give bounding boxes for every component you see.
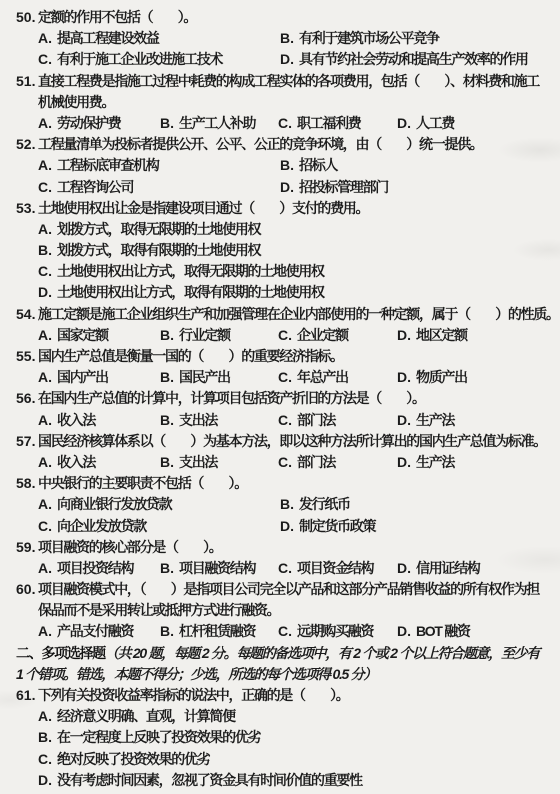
- option-text: 项目资金结构: [297, 560, 373, 576]
- question-58: 58.中央银行的主要职责不包括（ ）。A.向商业银行发放贷款B.发行纸币C.向企…: [16, 473, 558, 537]
- option-label: A.: [38, 327, 52, 343]
- section-header: 二、多项选择题（共 20 题，每题 2 分。每题的备选项中，有 2 个或 2 个…: [16, 643, 558, 685]
- option-text: 国民产出: [179, 369, 230, 385]
- option-label: D.: [397, 560, 411, 576]
- option-label: A.: [38, 157, 52, 173]
- option-label: C.: [38, 179, 52, 195]
- option-label: D.: [397, 454, 411, 470]
- question-56: 56.在国内生产总值的计算中，计算项目包括资产折旧的方法是（ ）。A.收入法B.…: [16, 388, 558, 430]
- question-number: 50.: [16, 7, 38, 28]
- question-stem-line: 58.中央银行的主要职责不包括（ ）。: [16, 473, 558, 494]
- option-label: C.: [38, 263, 52, 279]
- option-label: B.: [160, 623, 174, 639]
- question-stem-text: 土地使用权出让金是指建设项目通过（ ）支付的费用。: [38, 200, 368, 216]
- section-header-line: 1 个错项。错选，本题不得分；少选，所选的每个选项得 0.5 分）: [16, 664, 558, 685]
- option-text: 生产法: [416, 454, 454, 470]
- option-text: 劳动保护费: [57, 115, 121, 131]
- option-text: 收入法: [57, 412, 95, 428]
- question-stem-text: 国民经济核算体系以（ ）为基本方法，即以这种方法所计算出的国内生产总值为标准。: [38, 433, 546, 449]
- option-label: A.: [38, 412, 52, 428]
- options-row: D.没有考虑时间因素，忽视了资金具有时间价值的重要性: [16, 770, 558, 791]
- option-B: B.有利于建筑市场公平竞争: [280, 28, 439, 49]
- option-text: 土地使用权出让方式，取得有限期的土地使用权: [57, 284, 324, 300]
- option-text: 地区定额: [416, 327, 467, 343]
- option-B: B.行业定额: [160, 325, 278, 346]
- options-row: C.绝对反映了投资效果的优劣: [16, 749, 558, 770]
- option-text: 项目投资结构: [57, 560, 133, 576]
- question-number: 54.: [16, 304, 38, 325]
- option-B: B.支出法: [160, 452, 278, 473]
- option-C: C.向企业发放贷款: [38, 516, 280, 537]
- option-A: A.收入法: [38, 410, 160, 431]
- question-stem-line: 50.定额的作用不包括（ ）。: [16, 7, 558, 28]
- option-A: A.国家定额: [38, 325, 160, 346]
- question-stem-line: 51.直接工程费是指施工过程中耗费的构成工程实体的各项费用，包括（ ）、材料费和…: [16, 71, 558, 92]
- question-55: 55.国内生产总值是衡量一国的（ ）的重要经济指标。A.国内产出B.国民产出C.…: [16, 346, 558, 388]
- option-text: 土地使用权出让方式，取得无限期的土地使用权: [57, 263, 324, 279]
- question-stem-line: 60.项目融资模式中，（ ）是指项目公司完全以产品和这部分产品销售收益的所有权作…: [16, 579, 558, 600]
- option-B: B.支出法: [160, 410, 278, 431]
- question-stem-line: 52.工程量清单为投标者提供公开、公平、公正的竞争环境，由（ ）统一提供。: [16, 134, 558, 155]
- question-stem-line: 61.下列有关投资收益率指标的说法中，正确的是（ ）。: [16, 685, 558, 706]
- option-label: C.: [278, 115, 292, 131]
- option-text: 信用证结构: [416, 560, 480, 576]
- options-row: A.项目投资结构B.项目融资结构C.项目资金结构D.信用证结构: [16, 558, 558, 579]
- option-label: A.: [38, 708, 52, 724]
- option-text: 工程标底审查机构: [57, 157, 159, 173]
- option-C: C.部门法: [278, 452, 397, 473]
- option-text: BOT 融资: [416, 623, 470, 639]
- option-text: 有利于施工企业改进施工技术: [57, 51, 222, 67]
- option-text: 提高工程建设效益: [57, 30, 159, 46]
- question-stem-line: 保品而不是采用转让或抵押方式进行融资。: [16, 600, 558, 621]
- option-label: D.: [280, 518, 294, 534]
- exam-page: 50.定额的作用不包括（ ）。A.提高工程建设效益B.有利于建筑市场公平竞争C.…: [0, 0, 560, 791]
- option-C: C.部门法: [278, 410, 397, 431]
- question-60: 60.项目融资模式中，（ ）是指项目公司完全以产品和这部分产品销售收益的所有权作…: [16, 579, 558, 643]
- option-text: 有利于建筑市场公平竞争: [299, 30, 439, 46]
- option-text: 行业定额: [179, 327, 230, 343]
- option-C: C.绝对反映了投资效果的优劣: [38, 749, 209, 770]
- question-number: 60.: [16, 579, 38, 600]
- option-B: B.生产工人补助: [160, 113, 278, 134]
- option-label: A.: [38, 221, 52, 237]
- question-61: 61.下列有关投资收益率指标的说法中，正确的是（ ）。A.经济意义明确、直观，计…: [16, 685, 558, 791]
- option-B: B.国民产出: [160, 367, 278, 388]
- question-number: 59.: [16, 537, 38, 558]
- option-text: 产品支付融资: [57, 623, 133, 639]
- option-label: A.: [38, 115, 52, 131]
- option-label: A.: [38, 623, 52, 639]
- section-description: 1 个错项。错选，本题不得分；少选，所选的每个选项得 0.5 分）: [16, 666, 376, 682]
- option-text: 企业定额: [297, 327, 348, 343]
- options-row: D.土地使用权出让方式，取得有限期的土地使用权: [16, 282, 558, 303]
- option-label: B.: [160, 412, 174, 428]
- option-A: A.收入法: [38, 452, 160, 473]
- option-D: D.物质产出: [397, 367, 467, 388]
- option-D: D.具有节约社会劳动和提高生产效率的作用: [280, 49, 528, 70]
- option-label: C.: [38, 51, 52, 67]
- option-label: B.: [280, 30, 294, 46]
- question-stem-line: 54.施工定额是施工企业组织生产和加强管理在企业内部使用的一种定额，属于（ ）的…: [16, 304, 558, 325]
- option-B: B.发行纸币: [280, 494, 350, 515]
- option-label: A.: [38, 496, 52, 512]
- question-number: 61.: [16, 685, 38, 706]
- question-50: 50.定额的作用不包括（ ）。A.提高工程建设效益B.有利于建筑市场公平竞争C.…: [16, 7, 558, 71]
- option-label: D.: [397, 623, 411, 639]
- question-number: 55.: [16, 346, 38, 367]
- option-label: D.: [397, 115, 411, 131]
- option-D: D.信用证结构: [397, 558, 480, 579]
- option-label: D.: [397, 327, 411, 343]
- option-label: B.: [160, 454, 174, 470]
- option-label: C.: [38, 518, 52, 534]
- options-row: A.工程标底审查机构B.招标人: [16, 155, 558, 176]
- option-D: D.土地使用权出让方式，取得有限期的土地使用权: [38, 282, 324, 303]
- options-row: A.向商业银行发放贷款B.发行纸币: [16, 494, 558, 515]
- question-51: 51.直接工程费是指施工过程中耗费的构成工程实体的各项费用，包括（ ）、材料费和…: [16, 71, 558, 135]
- question-53: 53.土地使用权出让金是指建设项目通过（ ）支付的费用。A.划拨方式，取得无限期…: [16, 198, 558, 304]
- option-text: 国家定额: [57, 327, 108, 343]
- option-text: 生产法: [416, 412, 454, 428]
- question-stem-text: 保品而不是采用转让或抵押方式进行融资。: [38, 602, 279, 618]
- option-D: D.人工费: [397, 113, 454, 134]
- option-label: C.: [278, 623, 292, 639]
- options-row: C.土地使用权出让方式，取得无限期的土地使用权: [16, 261, 558, 282]
- question-stem-text: 定额的作用不包括（ ）。: [38, 9, 196, 25]
- question-number: 51.: [16, 71, 38, 92]
- option-text: 收入法: [57, 454, 95, 470]
- option-C: C.土地使用权出让方式，取得无限期的土地使用权: [38, 261, 324, 282]
- question-stem-line: 机械使用费。: [16, 92, 558, 113]
- option-C: C.职工福利费: [278, 113, 397, 134]
- option-A: A.提高工程建设效益: [38, 28, 280, 49]
- option-label: C.: [38, 751, 52, 767]
- option-label: B.: [280, 157, 294, 173]
- option-text: 向商业银行发放贷款: [57, 496, 171, 512]
- options-row: A.产品支付融资B.杠杆租赁融资C.远期购买融资D.BOT 融资: [16, 621, 558, 642]
- option-label: D.: [397, 369, 411, 385]
- option-C: C.企业定额: [278, 325, 397, 346]
- option-label: B.: [38, 242, 52, 258]
- option-B: B.划拨方式，取得有限期的土地使用权: [38, 240, 260, 261]
- option-B: B.在一定程度上反映了投资效果的优劣: [38, 727, 260, 748]
- option-label: C.: [278, 560, 292, 576]
- section-title: 二、多项选择题: [16, 645, 105, 661]
- options-row: A.劳动保护费B.生产工人补助C.职工福利费D.人工费: [16, 113, 558, 134]
- option-text: 经济意义明确、直观，计算简便: [57, 708, 235, 724]
- option-B: B.项目融资结构: [160, 558, 278, 579]
- option-label: A.: [38, 560, 52, 576]
- option-text: 项目融资结构: [179, 560, 255, 576]
- question-stem-text: 机械使用费。: [38, 94, 114, 110]
- option-text: 在一定程度上反映了投资效果的优劣: [57, 729, 260, 745]
- section-header-line: 二、多项选择题（共 20 题，每题 2 分。每题的备选项中，有 2 个或 2 个…: [16, 643, 558, 664]
- option-D: D.地区定额: [397, 325, 467, 346]
- option-B: B.杠杆租赁融资: [160, 621, 278, 642]
- options-row: A.经济意义明确、直观，计算简便: [16, 706, 558, 727]
- option-text: 人工费: [416, 115, 454, 131]
- option-text: 生产工人补助: [179, 115, 255, 131]
- option-label: B.: [160, 369, 174, 385]
- question-stem-text: 下列有关投资收益率指标的说法中，正确的是（ ）。: [38, 687, 349, 703]
- question-number: 57.: [16, 431, 38, 452]
- option-B: B.招标人: [280, 155, 337, 176]
- question-number: 58.: [16, 473, 38, 494]
- options-row: A.收入法B.支出法C.部门法D.生产法: [16, 410, 558, 431]
- option-text: 招标人: [299, 157, 337, 173]
- option-label: B.: [160, 327, 174, 343]
- question-stem-line: 56.在国内生产总值的计算中，计算项目包括资产折旧的方法是（ ）。: [16, 388, 558, 409]
- options-row: C.有利于施工企业改进施工技术D.具有节约社会劳动和提高生产效率的作用: [16, 49, 558, 70]
- question-59: 59.项目融资的核心部分是（ ）。A.项目投资结构B.项目融资结构C.项目资金结…: [16, 537, 558, 579]
- option-text: 部门法: [297, 454, 335, 470]
- option-label: D.: [280, 51, 294, 67]
- question-stem-line: 53.土地使用权出让金是指建设项目通过（ ）支付的费用。: [16, 198, 558, 219]
- question-52: 52.工程量清单为投标者提供公开、公平、公正的竞争环境，由（ ）统一提供。A.工…: [16, 134, 558, 198]
- option-text: 制定货币政策: [299, 518, 375, 534]
- option-D: D.生产法: [397, 452, 454, 473]
- question-54: 54.施工定额是施工企业组织生产和加强管理在企业内部使用的一种定额，属于（ ）的…: [16, 304, 558, 346]
- option-text: 绝对反映了投资效果的优劣: [57, 751, 209, 767]
- section-description: （共 20 题，每题 2 分。每题的备选项中，有 2 个或 2 个以上符合题意，…: [105, 645, 539, 661]
- option-C: C.工程咨询公司: [38, 177, 280, 198]
- question-stem-text: 在国内生产总值的计算中，计算项目包括资产折旧的方法是（ ）。: [38, 390, 425, 406]
- question-stem-text: 中央银行的主要职责不包括（ ）。: [38, 475, 247, 491]
- options-row: C.向企业发放贷款D.制定货币政策: [16, 516, 558, 537]
- option-text: 远期购买融资: [297, 623, 373, 639]
- option-label: A.: [38, 369, 52, 385]
- question-57: 57.国民经济核算体系以（ ）为基本方法，即以这种方法所计算出的国内生产总值为标…: [16, 431, 558, 473]
- options-row: A.收入法B.支出法C.部门法D.生产法: [16, 452, 558, 473]
- option-text: 划拨方式，取得有限期的土地使用权: [57, 242, 260, 258]
- option-label: A.: [38, 454, 52, 470]
- question-stem-line: 57.国民经济核算体系以（ ）为基本方法，即以这种方法所计算出的国内生产总值为标…: [16, 431, 558, 452]
- option-C: C.有利于施工企业改进施工技术: [38, 49, 280, 70]
- option-D: D.招投标管理部门: [280, 177, 388, 198]
- question-stem-text: 直接工程费是指施工过程中耗费的构成工程实体的各项费用，包括（ ）、材料费和施工: [38, 73, 539, 89]
- options-row: A.提高工程建设效益B.有利于建筑市场公平竞争: [16, 28, 558, 49]
- question-stem-line: 59.项目融资的核心部分是（ ）。: [16, 537, 558, 558]
- options-row: A.划拨方式，取得无限期的土地使用权: [16, 219, 558, 240]
- option-D: D.没有考虑时间因素，忽视了资金具有时间价值的重要性: [38, 770, 362, 791]
- option-A: A.经济意义明确、直观，计算简便: [38, 706, 235, 727]
- option-label: D.: [38, 772, 52, 788]
- option-text: 国内产出: [57, 369, 108, 385]
- option-A: A.划拨方式，取得无限期的土地使用权: [38, 219, 260, 240]
- option-C: C.年总产出: [278, 367, 397, 388]
- option-label: B.: [160, 560, 174, 576]
- question-stem-text: 项目融资模式中，（ ）是指项目公司完全以产品和这部分产品销售收益的所有权作为担: [38, 581, 539, 597]
- option-label: B.: [160, 115, 174, 131]
- option-label: C.: [278, 454, 292, 470]
- option-D: D.BOT 融资: [397, 621, 470, 642]
- question-stem-line: 55.国内生产总值是衡量一国的（ ）的重要经济指标。: [16, 346, 558, 367]
- option-A: A.工程标底审查机构: [38, 155, 280, 176]
- option-text: 发行纸币: [299, 496, 350, 512]
- option-text: 具有节约社会劳动和提高生产效率的作用: [299, 51, 528, 67]
- option-label: D.: [38, 284, 52, 300]
- options-row: A.国家定额B.行业定额C.企业定额D.地区定额: [16, 325, 558, 346]
- options-row: B.在一定程度上反映了投资效果的优劣: [16, 727, 558, 748]
- options-row: C.工程咨询公司D.招投标管理部门: [16, 177, 558, 198]
- option-C: C.远期购买融资: [278, 621, 397, 642]
- question-number: 56.: [16, 388, 38, 409]
- option-A: A.劳动保护费: [38, 113, 160, 134]
- question-stem-text: 国内生产总值是衡量一国的（ ）的重要经济指标。: [38, 348, 343, 364]
- option-A: A.国内产出: [38, 367, 160, 388]
- option-text: 职工福利费: [297, 115, 361, 131]
- option-label: D.: [280, 179, 294, 195]
- question-number: 52.: [16, 134, 38, 155]
- option-text: 招投标管理部门: [299, 179, 388, 195]
- option-A: A.项目投资结构: [38, 558, 160, 579]
- option-text: 支出法: [179, 412, 217, 428]
- option-label: A.: [38, 30, 52, 46]
- option-label: C.: [278, 412, 292, 428]
- question-number: 53.: [16, 198, 38, 219]
- option-text: 部门法: [297, 412, 335, 428]
- options-row: B.划拨方式，取得有限期的土地使用权: [16, 240, 558, 261]
- option-D: D.生产法: [397, 410, 454, 431]
- option-text: 工程咨询公司: [57, 179, 133, 195]
- option-D: D.制定货币政策: [280, 516, 375, 537]
- option-text: 支出法: [179, 454, 217, 470]
- option-label: B.: [280, 496, 294, 512]
- option-C: C.项目资金结构: [278, 558, 397, 579]
- options-row: A.国内产出B.国民产出C.年总产出D.物质产出: [16, 367, 558, 388]
- option-text: 杠杆租赁融资: [179, 623, 255, 639]
- option-text: 向企业发放贷款: [57, 518, 146, 534]
- option-label: C.: [278, 327, 292, 343]
- option-A: A.向商业银行发放贷款: [38, 494, 280, 515]
- option-A: A.产品支付融资: [38, 621, 160, 642]
- option-text: 年总产出: [297, 369, 348, 385]
- option-label: C.: [278, 369, 292, 385]
- question-stem-text: 施工定额是施工企业组织生产和加强管理在企业内部使用的一种定额，属于（ ）的性质。: [38, 306, 558, 322]
- option-label: D.: [397, 412, 411, 428]
- question-stem-text: 项目融资的核心部分是（ ）。: [38, 539, 222, 555]
- question-stem-text: 工程量清单为投标者提供公开、公平、公正的竞争环境，由（ ）统一提供。: [38, 136, 483, 152]
- option-text: 没有考虑时间因素，忽视了资金具有时间价值的重要性: [57, 772, 362, 788]
- option-text: 物质产出: [416, 369, 467, 385]
- option-label: B.: [38, 729, 52, 745]
- option-text: 划拨方式，取得无限期的土地使用权: [57, 221, 260, 237]
